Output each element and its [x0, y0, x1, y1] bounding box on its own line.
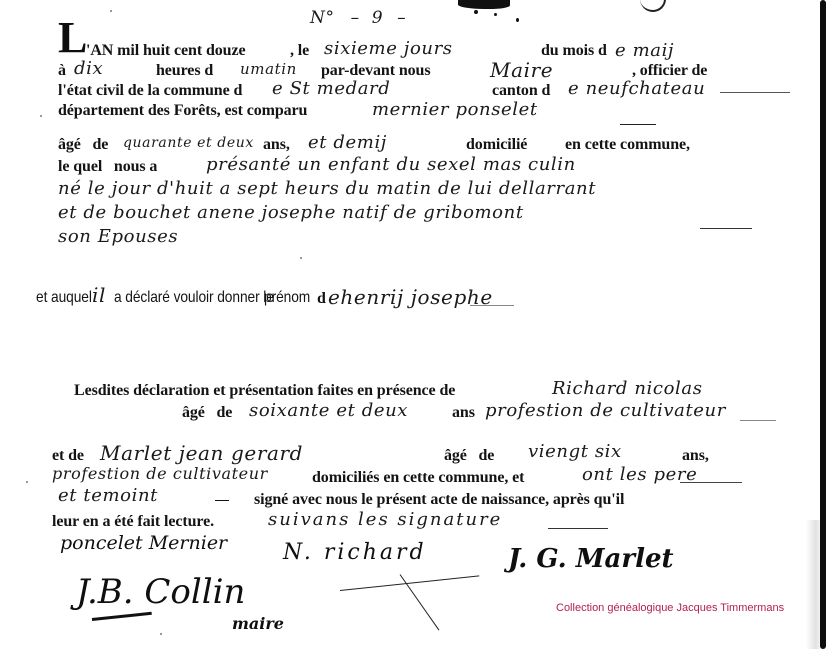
hand-witness2-profession: profestion de cultivateur	[52, 464, 268, 483]
hand-witness1-name: Richard nicolas	[552, 378, 703, 399]
hand-declarant-age: quarante et deux	[123, 135, 254, 151]
hand-time-of-day: umatin	[240, 60, 297, 78]
hand-witness1-profession: profestion de cultivateur	[485, 400, 726, 421]
fill-line	[720, 92, 790, 93]
printed-line11-ans: ans,	[682, 447, 709, 465]
hand-commune: e St medard	[272, 78, 390, 99]
printed-line11-etde: et de	[52, 447, 84, 465]
paper-speck	[110, 10, 112, 12]
fill-line	[548, 528, 608, 529]
page-edge-smudge	[806, 520, 820, 649]
printed-line1-year: 'AN mil huit cent douze	[86, 42, 245, 60]
printed-line3-commune: l'état civil de la commune d	[58, 82, 242, 100]
fill-line	[680, 482, 742, 483]
signature-marlet: J. G. Marlet	[508, 544, 674, 574]
hand-witness2-age: viengt six	[528, 441, 622, 462]
hand-pronoun: il	[92, 283, 106, 307]
printed-line3-canton: canton d	[492, 82, 550, 100]
printed-line5-ans: ans,	[263, 136, 290, 154]
hand-presentation-4: son Epouses	[58, 226, 178, 247]
printed-line2-heures: heures d	[156, 62, 213, 80]
signature-underline	[92, 612, 152, 621]
printed-line12-domicilies: domiciliés en cette commune, et	[312, 469, 524, 487]
hand-presentation-3: et de bouchet anene josephe natif de gri…	[58, 202, 524, 223]
printed-line10-ans: ans	[452, 404, 475, 422]
ink-blot	[458, 0, 510, 9]
birth-record-page: N° – 9 – L 'AN mil huit cent douze , le …	[0, 0, 831, 649]
printed-line8-prenom: prénom	[264, 289, 310, 307]
paper-speck	[300, 257, 302, 259]
paper-speck	[26, 481, 28, 483]
printed-line13-signe: signé avec nous le présent acte de naiss…	[254, 491, 624, 509]
printed-line11-age: âgé de	[444, 447, 494, 465]
dropcap-letter: L	[58, 16, 87, 60]
fill-line	[740, 420, 776, 421]
hand-witness1-age: soixante et deux	[249, 400, 408, 421]
page-border-line	[820, 0, 826, 649]
hand-witness2-name: Marlet jean gerard	[100, 441, 303, 465]
hand-official: Maire	[490, 58, 553, 82]
hand-day: sixieme jours	[324, 38, 453, 59]
printed-line8-declare: a déclaré vouloir donner le	[114, 289, 274, 307]
printed-line5-domicilie: domicilié	[466, 136, 527, 154]
paper-speck	[40, 115, 42, 117]
hand-month: e maij	[615, 40, 674, 61]
hand-canton: e neufchateau	[568, 78, 705, 99]
fill-line	[470, 305, 514, 306]
printed-line8-auquel: et auquel	[36, 289, 92, 307]
printed-line2-a: à	[58, 62, 66, 80]
signature-maire-title: maire	[232, 614, 284, 633]
printed-line1-le: , le	[290, 42, 309, 60]
printed-line4-departement: département des Forêts, est comparu	[58, 102, 307, 120]
fill-line	[620, 124, 656, 125]
hand-presentation-1: présanté un enfant du sexel mas culin	[206, 154, 576, 175]
printed-line9-lesdites: Lesdites déclaration et présentation fai…	[74, 382, 455, 400]
hand-declarant: mernier ponselet	[372, 99, 538, 120]
ink-blot-dot	[516, 18, 519, 22]
collection-watermark: Collection généalogique Jacques Timmerma…	[556, 602, 784, 614]
hand-presentation-2: né le jour d'huit a sept heurs du matin …	[58, 178, 596, 199]
record-number: N° – 9 –	[310, 8, 406, 28]
paper-speck	[160, 633, 162, 635]
hand-age-extra: et demij	[308, 132, 387, 153]
ink-blot-dot	[494, 13, 497, 16]
ink-blot-dot	[474, 10, 478, 14]
hand-hour: dix	[74, 58, 103, 79]
printed-line5-commune: en cette commune,	[565, 136, 690, 154]
hand-witness-note-2: et temoint	[58, 485, 158, 506]
signature-poncelet-mernier: poncelet Mernier	[60, 532, 227, 554]
printed-line14-lecture: leur en a été fait lecture.	[52, 513, 214, 531]
record-number-label: N°	[310, 8, 335, 28]
record-number-value: 9	[372, 8, 383, 28]
printed-line5-age: âgé de	[58, 136, 108, 154]
hand-given-name: ehenrij josephe	[328, 285, 493, 309]
ink-curve	[640, 0, 666, 12]
signature-collin: J.B. Collin	[76, 572, 245, 612]
printed-line6-lequel: le quel nous a	[58, 158, 157, 176]
hand-closing: suivans les signature	[268, 509, 502, 530]
signature-richard: N. richard	[283, 540, 427, 565]
printed-line8-d: d	[317, 290, 326, 308]
dash-mark	[215, 500, 229, 501]
fill-line	[700, 228, 752, 229]
printed-line10-age: âgé de	[182, 404, 232, 422]
